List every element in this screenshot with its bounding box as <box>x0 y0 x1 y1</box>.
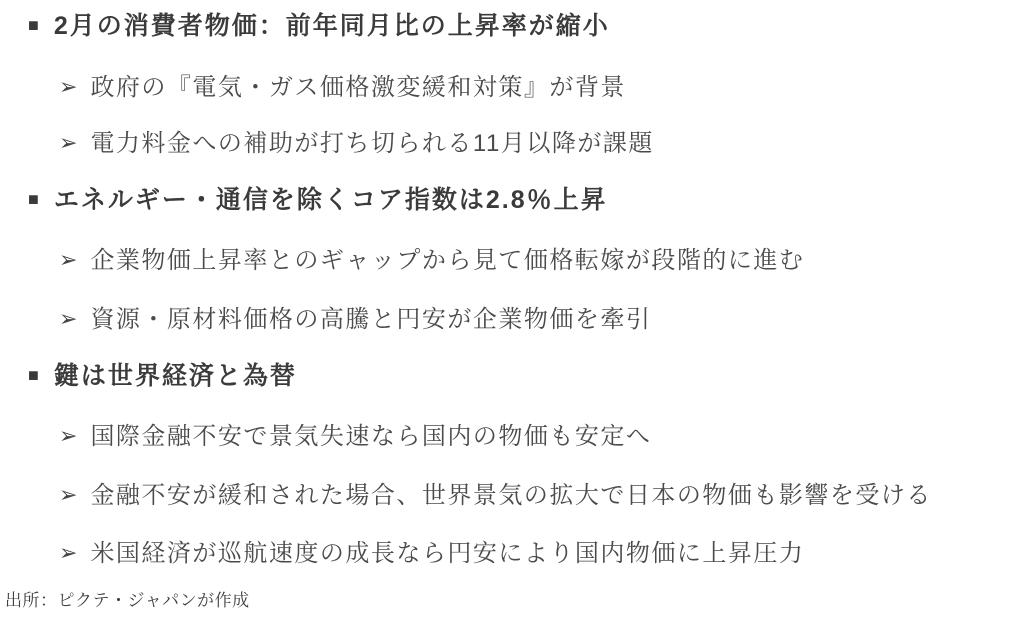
sub-bullet-2-1: ➢ 企業物価上昇率とのギャップから見て価格転嫁が段階的に進む <box>59 245 804 277</box>
sub-bullet-1-2: ➢ 電力料金への補助が打ち切られる11月以降が課題 <box>59 128 654 160</box>
heading-text: 鍵は世界経済と為替 <box>54 360 297 392</box>
arrow-bullet-icon: ➢ <box>59 425 77 447</box>
sub-bullet-text: 電力料金への補助が打ち切られる11月以降が課題 <box>90 128 653 160</box>
arrow-bullet-icon: ➢ <box>59 484 77 506</box>
heading-text: エネルギー・通信を除くコア指数は2.8％上昇 <box>54 184 608 216</box>
sub-bullet-text: 国際金融不安で景気失速なら国内の物価も安定へ <box>90 421 651 453</box>
sub-bullet-text: 米国経済が巡航速度の成長なら円安により国内物価に上昇圧力 <box>90 538 804 570</box>
section-heading-3: ■ 鍵は世界経済と為替 <box>28 360 297 392</box>
sub-bullet-text: 資源・原材料価格の高騰と円安が企業物価を牽引 <box>90 304 651 336</box>
sub-bullet-text: 政府の『電気・ガス価格激変緩和対策』が背景 <box>90 72 626 104</box>
section-heading-1: ■ 2月の消費者物価：前年同月比の上昇率が縮小 <box>28 10 610 42</box>
sub-bullet-3-1: ➢ 国際金融不安で景気失速なら国内の物価も安定へ <box>59 421 651 453</box>
arrow-bullet-icon: ➢ <box>59 249 77 271</box>
sub-bullet-2-2: ➢ 資源・原材料価格の高騰と円安が企業物価を牽引 <box>59 304 651 336</box>
slide: ■ 2月の消費者物価：前年同月比の上昇率が縮小 ➢ 政府の『電気・ガス価格激変緩… <box>0 0 1013 619</box>
sub-bullet-text: 金融不安が緩和された場合、世界景気の拡大で日本の物価も影響を受ける <box>90 480 932 512</box>
square-bullet-icon: ■ <box>28 190 39 208</box>
square-bullet-icon: ■ <box>28 16 39 34</box>
square-bullet-icon: ■ <box>28 366 39 384</box>
sub-bullet-text: 企業物価上昇率とのギャップから見て価格転嫁が段階的に進む <box>90 245 804 277</box>
sub-bullet-3-2: ➢ 金融不安が緩和された場合、世界景気の拡大で日本の物価も影響を受ける <box>59 480 932 512</box>
source-note: 出所：ピクテ・ジャパンが作成 <box>5 589 250 613</box>
arrow-bullet-icon: ➢ <box>59 76 77 98</box>
heading-text: 2月の消費者物価：前年同月比の上昇率が縮小 <box>54 10 610 42</box>
sub-bullet-1-1: ➢ 政府の『電気・ガス価格激変緩和対策』が背景 <box>59 72 626 104</box>
section-heading-2: ■ エネルギー・通信を除くコア指数は2.8％上昇 <box>28 184 608 216</box>
arrow-bullet-icon: ➢ <box>59 132 77 154</box>
arrow-bullet-icon: ➢ <box>59 542 77 564</box>
sub-bullet-3-3: ➢ 米国経済が巡航速度の成長なら円安により国内物価に上昇圧力 <box>59 538 804 570</box>
arrow-bullet-icon: ➢ <box>59 308 77 330</box>
